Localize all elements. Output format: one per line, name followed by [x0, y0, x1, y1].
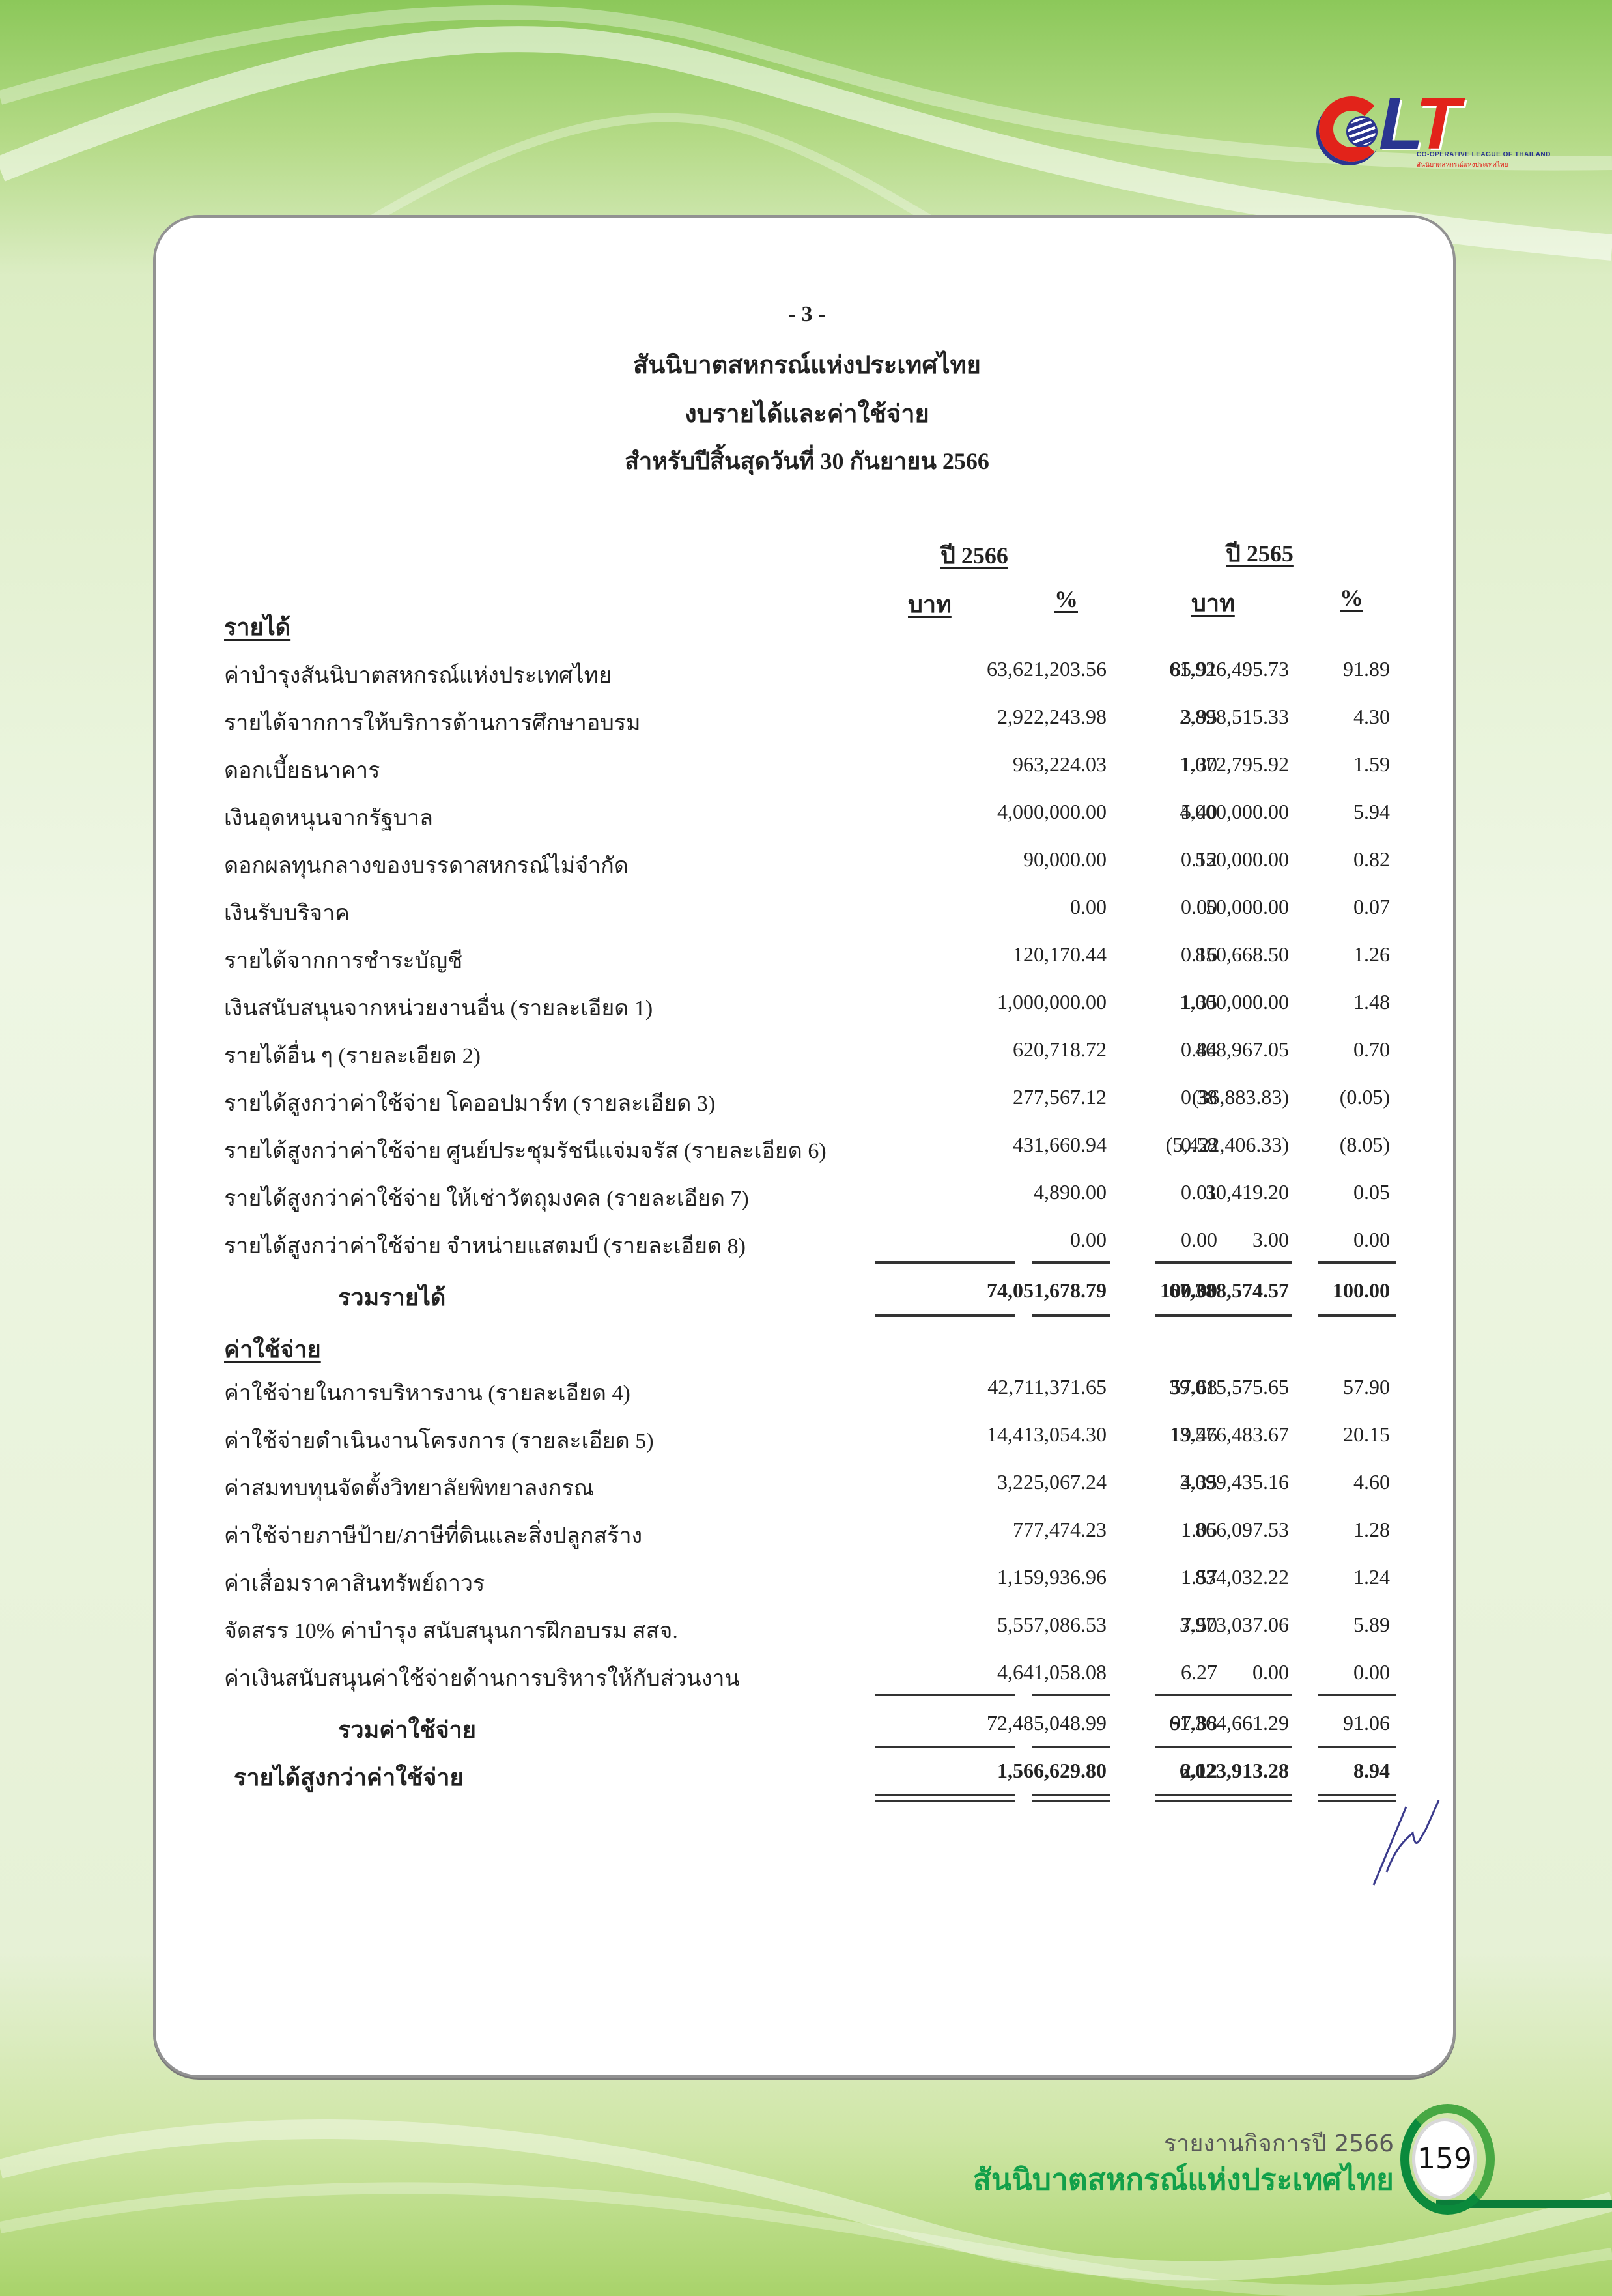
pct-2565: 5.94 — [1312, 800, 1390, 824]
amount-2566: 120,170.44 — [911, 942, 1107, 967]
table-row: ค่าใช้จ่ายในการบริหารงาน (รายละเอียด 4)4… — [156, 1375, 1458, 1414]
section-heading-income: รายได้ — [156, 608, 1458, 647]
amount-2565: 3,973,037.06 — [1094, 1613, 1289, 1637]
table-row: รายได้สูงกว่าค่าใช้จ่าย ศูนย์ประชุมรัชนี… — [156, 1133, 1458, 1172]
amount-2565: 4,000,000.00 — [1094, 800, 1289, 824]
table-row: รายได้สูงกว่าค่าใช้จ่าย โคออปมาร์ท (รายล… — [156, 1085, 1458, 1124]
amount-2565: 39,015,575.65 — [1094, 1375, 1289, 1399]
amount-2566: 74,051,678.79 — [911, 1279, 1107, 1303]
underline-rule — [1155, 1746, 1292, 1748]
statement-title: งบรายได้และค่าใช้จ่าย — [156, 393, 1458, 433]
income-total-row: รวมรายได้74,051,678.79100.0067,388,574.5… — [156, 1279, 1458, 1318]
amount-2566: 4,000,000.00 — [911, 800, 1107, 824]
underline-rule — [875, 1694, 1015, 1696]
underline-rule — [875, 1746, 1015, 1748]
amount-2565: 3,099,435.16 — [1094, 1470, 1289, 1494]
pct-2565: 0.05 — [1312, 1180, 1390, 1204]
net-income-row: รายได้สูงกว่าค่าใช้จ่าย1,566,629.802.126… — [156, 1759, 1458, 1798]
amount-2565: 6,023,913.28 — [1094, 1759, 1289, 1783]
amount-2565: 2,898,515.33 — [1094, 705, 1289, 729]
pct-2565: (0.05) — [1312, 1085, 1390, 1109]
row-label: ค่าเสื่อมราคาสินทรัพย์ถาวร — [224, 1565, 485, 1600]
table-row: รายได้จากการชำระบัญชี120,170.440.16850,6… — [156, 942, 1458, 982]
organization-title: สันนิบาตสหกรณ์แห่งประเทศไทย — [156, 345, 1458, 384]
column-year-2566: ปี 2566 — [940, 537, 1008, 574]
underline-rule — [1032, 1694, 1110, 1696]
expenses-heading: ค่าใช้จ่าย — [224, 1331, 321, 1368]
row-label: รายได้สูงกว่าค่าใช้จ่าย ศูนย์ประชุมรัชนี… — [224, 1133, 827, 1168]
section-heading-expenses: ค่าใช้จ่าย — [156, 1331, 1458, 1370]
row-label: เงินอุดหนุนจากรัฐบาล — [224, 800, 433, 835]
row-label: รายได้สูงกว่าค่าใช้จ่าย จำหน่ายแสตมป์ (ร… — [224, 1228, 746, 1263]
amount-2565: 1,000,000.00 — [1094, 990, 1289, 1014]
amount-2565: (5,422,406.33) — [1094, 1133, 1289, 1157]
colt-logo: LT CO-OPERATIVE LEAGUE OF THAILAND สันนิ… — [1319, 91, 1531, 169]
table-row: เงินรับบริจาค0.000.0050,000.000.07 — [156, 895, 1458, 934]
pct-2565: 1.24 — [1312, 1565, 1390, 1589]
logo-globe-icon — [1346, 116, 1378, 147]
amount-2565: 50,000.00 — [1094, 895, 1289, 919]
pct-2565: 1.28 — [1312, 1518, 1390, 1542]
amount-2566: 14,413,054.30 — [911, 1423, 1107, 1447]
column-year-2565: ปี 2565 — [1226, 535, 1294, 572]
amount-2565: 468,967.05 — [1094, 1038, 1289, 1062]
amount-2566: 777,474.23 — [911, 1518, 1107, 1542]
pct-2565: 0.00 — [1312, 1660, 1390, 1684]
table-row: ดอกเบี้ยธนาคาร963,224.031.301,072,795.92… — [156, 752, 1458, 791]
pct-2565: 1.26 — [1312, 942, 1390, 967]
row-label: รายได้จากการให้บริการด้านการศึกษาอบรม — [224, 705, 641, 740]
amount-2565: 67,388,574.57 — [1094, 1279, 1289, 1303]
amount-2566: 4,890.00 — [911, 1180, 1107, 1204]
amount-2565: 30,419.20 — [1094, 1180, 1289, 1204]
amount-2566: 63,621,203.56 — [911, 657, 1107, 681]
table-row: ค่าเสื่อมราคาสินทรัพย์ถาวร1,159,936.961.… — [156, 1565, 1458, 1604]
page-marker: - 3 - — [156, 302, 1458, 327]
amount-2566: 72,485,048.99 — [911, 1711, 1107, 1735]
row-label: รายได้สูงกว่าค่าใช้จ่าย ให้เช่าวัตถุมงคล… — [224, 1180, 749, 1215]
expenses-total-label: รวมค่าใช้จ่าย — [338, 1711, 476, 1748]
amount-2566: 4,641,058.08 — [911, 1660, 1107, 1684]
amount-2566: 3,225,067.24 — [911, 1470, 1107, 1494]
row-label: ค่าใช้จ่ายในการบริหารงาน (รายละเอียด 4) — [224, 1375, 630, 1410]
amount-2566: 431,660.94 — [911, 1133, 1107, 1157]
expenses-total-row: รวมค่าใช้จ่าย72,485,048.9997.8861,364,66… — [156, 1711, 1458, 1750]
amount-2566: 1,000,000.00 — [911, 990, 1107, 1014]
amount-2565: 1,072,795.92 — [1094, 752, 1289, 776]
table-row: รายได้จากการให้บริการด้านการศึกษาอบรม2,9… — [156, 705, 1458, 744]
amount-2566: 620,718.72 — [911, 1038, 1107, 1062]
logo-subtitle-en: CO-OPERATIVE LEAGUE OF THAILAND — [1417, 151, 1551, 158]
pct-2565: 4.30 — [1312, 705, 1390, 729]
amount-2566: 0.00 — [911, 895, 1107, 919]
pct-2565: 0.00 — [1312, 1228, 1390, 1252]
row-label: เงินรับบริจาค — [224, 895, 350, 930]
amount-2566: 963,224.03 — [911, 752, 1107, 776]
amount-2566: 277,567.12 — [911, 1085, 1107, 1109]
underline-rule — [1155, 1694, 1292, 1696]
amount-2566: 5,557,086.53 — [911, 1613, 1107, 1637]
table-row: เงินอุดหนุนจากรัฐบาล4,000,000.005.404,00… — [156, 800, 1458, 839]
underline-rule — [1155, 1794, 1292, 1796]
amount-2566: 1,566,629.80 — [911, 1759, 1107, 1783]
amount-2565: 13,576,483.67 — [1094, 1423, 1289, 1447]
table-row: ค่าใช้จ่ายดำเนินงานโครงการ (รายละเอียด 5… — [156, 1423, 1458, 1462]
net-income-label: รายได้สูงกว่าค่าใช้จ่าย — [234, 1759, 464, 1796]
pct-2565: 1.48 — [1312, 990, 1390, 1014]
income-heading: รายได้ — [224, 608, 290, 645]
table-row: รายได้อื่น ๆ (รายละเอียด 2)620,718.720.8… — [156, 1038, 1458, 1077]
underline-rule — [875, 1314, 1015, 1317]
table-row: จัดสรร 10% ค่าบำรุง สนับสนุนการฝึกอบรม ส… — [156, 1613, 1458, 1652]
pct-2565: 0.70 — [1312, 1038, 1390, 1062]
signature — [1361, 1794, 1445, 1892]
underline-rule — [1318, 1261, 1396, 1264]
pct-2565: 4.60 — [1312, 1470, 1390, 1494]
page-number: 159 — [1412, 2118, 1477, 2200]
underline-rule — [1318, 1694, 1396, 1696]
table-row: ดอกผลทุนกลางของบรรดาสหกรณ์ไม่จำกัด90,000… — [156, 847, 1458, 886]
amount-2565: 61,926,495.73 — [1094, 657, 1289, 681]
row-label: ค่าบำรุงสันนิบาตสหกรณ์แห่งประเทศไทย — [224, 657, 612, 692]
statement-period: สำหรับปีสิ้นสุดวันที่ 30 กันยายน 2566 — [156, 442, 1458, 479]
amount-2565: (36,883.83) — [1094, 1085, 1289, 1109]
income-total-label: รวมรายได้ — [338, 1279, 445, 1316]
underline-rule — [1032, 1261, 1110, 1264]
page-number-badge: 159 — [1400, 2104, 1495, 2215]
row-label: ค่าสมทบทุนจัดตั้งวิทยาลัยพิทยาลงกรณ — [224, 1470, 594, 1505]
underline-rule — [1155, 1314, 1292, 1317]
amount-2565: 550,000.00 — [1094, 847, 1289, 872]
amount-2565: 834,032.22 — [1094, 1565, 1289, 1589]
underline-rule — [1318, 1746, 1396, 1748]
pct-2565: 20.15 — [1312, 1423, 1390, 1447]
underline-rule — [1032, 1746, 1110, 1748]
amount-2566: 42,711,371.65 — [911, 1375, 1107, 1399]
income-statement: - 3 - สันนิบาตสหกรณ์แห่งประเทศไทย งบรายไ… — [156, 218, 1453, 2075]
logo-letters: LT — [1379, 87, 1458, 160]
row-label: รายได้จากการชำระบัญชี — [224, 942, 462, 978]
column-pct-2565: % — [1340, 584, 1363, 612]
row-label: ดอกเบี้ยธนาคาร — [224, 752, 380, 787]
amount-2566: 2,922,243.98 — [911, 705, 1107, 729]
pct-2565: 8.94 — [1312, 1759, 1390, 1783]
amount-2566: 90,000.00 — [911, 847, 1107, 872]
logo-subtitle-th: สันนิบาตสหกรณ์แห่งประเทศไทย — [1417, 160, 1508, 170]
amount-2565: 850,668.50 — [1094, 942, 1289, 967]
pct-2565: 5.89 — [1312, 1613, 1390, 1637]
amount-2566: 1,159,936.96 — [911, 1565, 1107, 1589]
underline-rule — [1032, 1794, 1110, 1796]
pct-2565: 0.82 — [1312, 847, 1390, 872]
underline-rule — [875, 1794, 1015, 1796]
row-label: ค่าใช้จ่ายดำเนินงานโครงการ (รายละเอียด 5… — [224, 1423, 654, 1458]
footer-organization: สันนิบาตสหกรณ์แห่งประเทศไทย — [973, 2156, 1394, 2204]
amount-2565: 866,097.53 — [1094, 1518, 1289, 1542]
amount-2565: 0.00 — [1094, 1660, 1289, 1684]
row-label: ค่าใช้จ่ายภาษีป้าย/ภาษีที่ดินและสิ่งปลูก… — [224, 1518, 642, 1553]
row-label: เงินสนับสนุนจากหน่วยงานอื่น (รายละเอียด … — [224, 990, 653, 1025]
document-card: - 3 - สันนิบาตสหกรณ์แห่งประเทศไทย งบรายไ… — [153, 215, 1456, 2078]
pct-2565: 0.07 — [1312, 895, 1390, 919]
underline-rule — [1155, 1261, 1292, 1264]
row-label: ค่าเงินสนับสนุนค่าใช้จ่ายด้านการบริหารให… — [224, 1660, 740, 1695]
amount-2566: 0.00 — [911, 1228, 1107, 1252]
underline-rule — [1032, 1314, 1110, 1317]
table-row: ค่าสมทบทุนจัดตั้งวิทยาลัยพิทยาลงกรณ3,225… — [156, 1470, 1458, 1509]
table-row: ค่าบำรุงสันนิบาตสหกรณ์แห่งประเทศไทย63,62… — [156, 657, 1458, 696]
table-row: เงินสนับสนุนจากหน่วยงานอื่น (รายละเอียด … — [156, 990, 1458, 1029]
pct-2565: 100.00 — [1312, 1279, 1390, 1303]
amount-2565: 3.00 — [1094, 1228, 1289, 1252]
amount-2565: 61,364,661.29 — [1094, 1711, 1289, 1735]
row-label: รายได้สูงกว่าค่าใช้จ่าย โคออปมาร์ท (รายล… — [224, 1085, 715, 1120]
pct-2565: 1.59 — [1312, 752, 1390, 776]
table-row: ค่าใช้จ่ายภาษีป้าย/ภาษีที่ดินและสิ่งปลูก… — [156, 1518, 1458, 1557]
table-row: รายได้สูงกว่าค่าใช้จ่าย ให้เช่าวัตถุมงคล… — [156, 1180, 1458, 1219]
row-label: ดอกผลทุนกลางของบรรดาสหกรณ์ไม่จำกัด — [224, 847, 629, 883]
pct-2565: 91.06 — [1312, 1711, 1390, 1735]
pct-2565: 91.89 — [1312, 657, 1390, 681]
pct-2565: (8.05) — [1312, 1133, 1390, 1157]
underline-rule — [875, 1261, 1015, 1264]
underline-rule — [1318, 1314, 1396, 1317]
pct-2565: 57.90 — [1312, 1375, 1390, 1399]
row-label: จัดสรร 10% ค่าบำรุง สนับสนุนการฝึกอบรม ส… — [224, 1613, 678, 1648]
row-label: รายได้อื่น ๆ (รายละเอียด 2) — [224, 1038, 481, 1073]
